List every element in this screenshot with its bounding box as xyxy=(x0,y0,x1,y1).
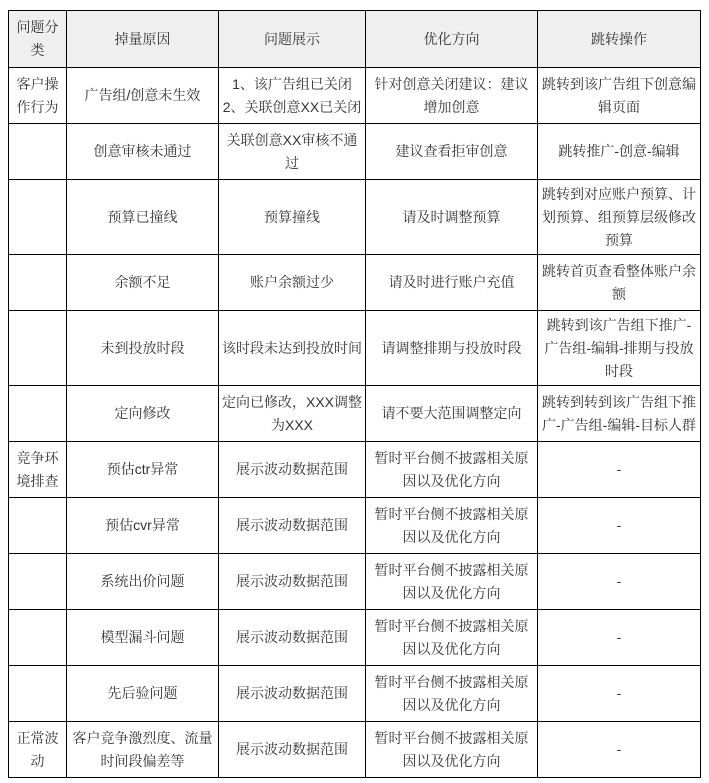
header-row: 问题分类 掉量原因 问题展示 优化方向 跳转操作 xyxy=(9,11,701,68)
table-row: 预算已撞线 预算撞线 请及时调整预算 跳转到对应账户预算、计划预算、组预算层级修… xyxy=(9,180,701,255)
cell-optimization: 针对创意关闭建议：建议增加创意 xyxy=(366,68,538,124)
column-header-problem-display: 问题展示 xyxy=(219,11,366,68)
cell-category: 竞争环境排查 xyxy=(9,442,67,498)
table-row: 创意审核未通过 关联创意XX审核不通过 建议查看拒审创意 跳转推广-创意-编辑 xyxy=(9,124,701,180)
cell-optimization: 请不要大范围调整定向 xyxy=(366,386,538,442)
table-row: 客户操作行为 广告组/创意未生效 1、该广告组已关闭 2、关联创意XX已关闭 针… xyxy=(9,68,701,124)
cell-problem-display: 展示波动数据范围 xyxy=(219,442,366,498)
cell-jump-action: 跳转推广-创意-编辑 xyxy=(538,124,701,180)
cell-problem-display: 展示波动数据范围 xyxy=(219,610,366,666)
cell-drop-reason: 创意审核未通过 xyxy=(67,124,219,180)
cell-drop-reason: 未到投放时段 xyxy=(67,311,219,386)
cell-optimization: 建议查看拒审创意 xyxy=(366,124,538,180)
cell-drop-reason: 模型漏斗问题 xyxy=(67,610,219,666)
cell-category xyxy=(9,386,67,442)
cell-optimization: 请调整排期与投放时段 xyxy=(366,311,538,386)
table-row: 定向修改 定向已修改，XXX调整为XXX 请不要大范围调整定向 跳转到转到该广告… xyxy=(9,386,701,442)
cell-problem-display: 预算撞线 xyxy=(219,180,366,255)
cell-drop-reason: 预估ctr异常 xyxy=(67,442,219,498)
cell-jump-action: - xyxy=(538,722,701,778)
cell-category xyxy=(9,666,67,722)
cell-category: 客户操作行为 xyxy=(9,68,67,124)
table-row: 竞争环境排查 预估ctr异常 展示波动数据范围 暂时平台侧不披露相关原因以及优化… xyxy=(9,442,701,498)
cell-optimization: 暂时平台侧不披露相关原因以及优化方向 xyxy=(366,554,538,610)
cell-optimization: 请及时进行账户充值 xyxy=(366,255,538,311)
table-row: 余额不足 账户余额过少 请及时进行账户充值 跳转首页查看整体账户余额 xyxy=(9,255,701,311)
cell-jump-action: 跳转首页查看整体账户余额 xyxy=(538,255,701,311)
cell-drop-reason: 广告组/创意未生效 xyxy=(67,68,219,124)
cell-drop-reason: 预估cvr异常 xyxy=(67,498,219,554)
cell-jump-action: 跳转到转到该广告组下推广-广告组-编辑-目标人群 xyxy=(538,386,701,442)
cell-optimization: 暂时平台侧不披露相关原因以及优化方向 xyxy=(366,666,538,722)
cell-jump-action: - xyxy=(538,554,701,610)
cell-optimization: 暂时平台侧不披露相关原因以及优化方向 xyxy=(366,442,538,498)
cell-drop-reason: 余额不足 xyxy=(67,255,219,311)
cell-problem-display: 1、该广告组已关闭 2、关联创意XX已关闭 xyxy=(219,68,366,124)
cell-jump-action: 跳转到该广告组下创意编辑页面 xyxy=(538,68,701,124)
cell-jump-action: 跳转到该广告组下推广-广告组-编辑-排期与投放时段 xyxy=(538,311,701,386)
cell-jump-action: - xyxy=(538,442,701,498)
cell-problem-display: 账户余额过少 xyxy=(219,255,366,311)
cell-category xyxy=(9,498,67,554)
cell-problem-display: 展示波动数据范围 xyxy=(219,554,366,610)
cell-problem-display: 关联创意XX审核不通过 xyxy=(219,124,366,180)
cell-drop-reason: 预算已撞线 xyxy=(67,180,219,255)
cell-drop-reason: 定向修改 xyxy=(67,386,219,442)
document-page: 问题分类 掉量原因 问题展示 优化方向 跳转操作 客户操作行为 广告组/创意未生… xyxy=(0,0,709,778)
table-row: 模型漏斗问题 展示波动数据范围 暂时平台侧不披露相关原因以及优化方向 - xyxy=(9,610,701,666)
cell-problem-display: 展示波动数据范围 xyxy=(219,498,366,554)
table-row: 先后验问题 展示波动数据范围 暂时平台侧不披露相关原因以及优化方向 - xyxy=(9,666,701,722)
cell-category: 正常波动 xyxy=(9,722,67,778)
cell-drop-reason: 先后验问题 xyxy=(67,666,219,722)
column-header-drop-reason: 掉量原因 xyxy=(67,11,219,68)
table-row: 正常波动 客户竞争激烈度、流量时间段偏差等 展示波动数据范围 暂时平台侧不披露相… xyxy=(9,722,701,778)
table-row: 未到投放时段 该时段未达到投放时间 请调整排期与投放时段 跳转到该广告组下推广-… xyxy=(9,311,701,386)
column-header-category: 问题分类 xyxy=(9,11,67,68)
cell-optimization: 暂时平台侧不披露相关原因以及优化方向 xyxy=(366,722,538,778)
cell-category xyxy=(9,554,67,610)
issue-table: 问题分类 掉量原因 问题展示 优化方向 跳转操作 客户操作行为 广告组/创意未生… xyxy=(8,10,701,778)
cell-problem-display: 展示波动数据范围 xyxy=(219,666,366,722)
cell-category xyxy=(9,311,67,386)
cell-category xyxy=(9,124,67,180)
cell-optimization: 请及时调整预算 xyxy=(366,180,538,255)
cell-category xyxy=(9,180,67,255)
cell-category xyxy=(9,610,67,666)
table-row: 预估cvr异常 展示波动数据范围 暂时平台侧不披露相关原因以及优化方向 - xyxy=(9,498,701,554)
column-header-jump-action: 跳转操作 xyxy=(538,11,701,68)
cell-drop-reason: 客户竞争激烈度、流量时间段偏差等 xyxy=(67,722,219,778)
cell-jump-action: - xyxy=(538,666,701,722)
cell-jump-action: 跳转到对应账户预算、计划预算、组预算层级修改预算 xyxy=(538,180,701,255)
cell-jump-action: - xyxy=(538,498,701,554)
cell-optimization: 暂时平台侧不披露相关原因以及优化方向 xyxy=(366,498,538,554)
cell-jump-action: - xyxy=(538,610,701,666)
cell-problem-display: 展示波动数据范围 xyxy=(219,722,366,778)
cell-category xyxy=(9,255,67,311)
cell-problem-display: 定向已修改，XXX调整为XXX xyxy=(219,386,366,442)
column-header-optimization: 优化方向 xyxy=(366,11,538,68)
cell-problem-display: 该时段未达到投放时间 xyxy=(219,311,366,386)
cell-optimization: 暂时平台侧不披露相关原因以及优化方向 xyxy=(366,610,538,666)
table-row: 系统出价问题 展示波动数据范围 暂时平台侧不披露相关原因以及优化方向 - xyxy=(9,554,701,610)
cell-drop-reason: 系统出价问题 xyxy=(67,554,219,610)
